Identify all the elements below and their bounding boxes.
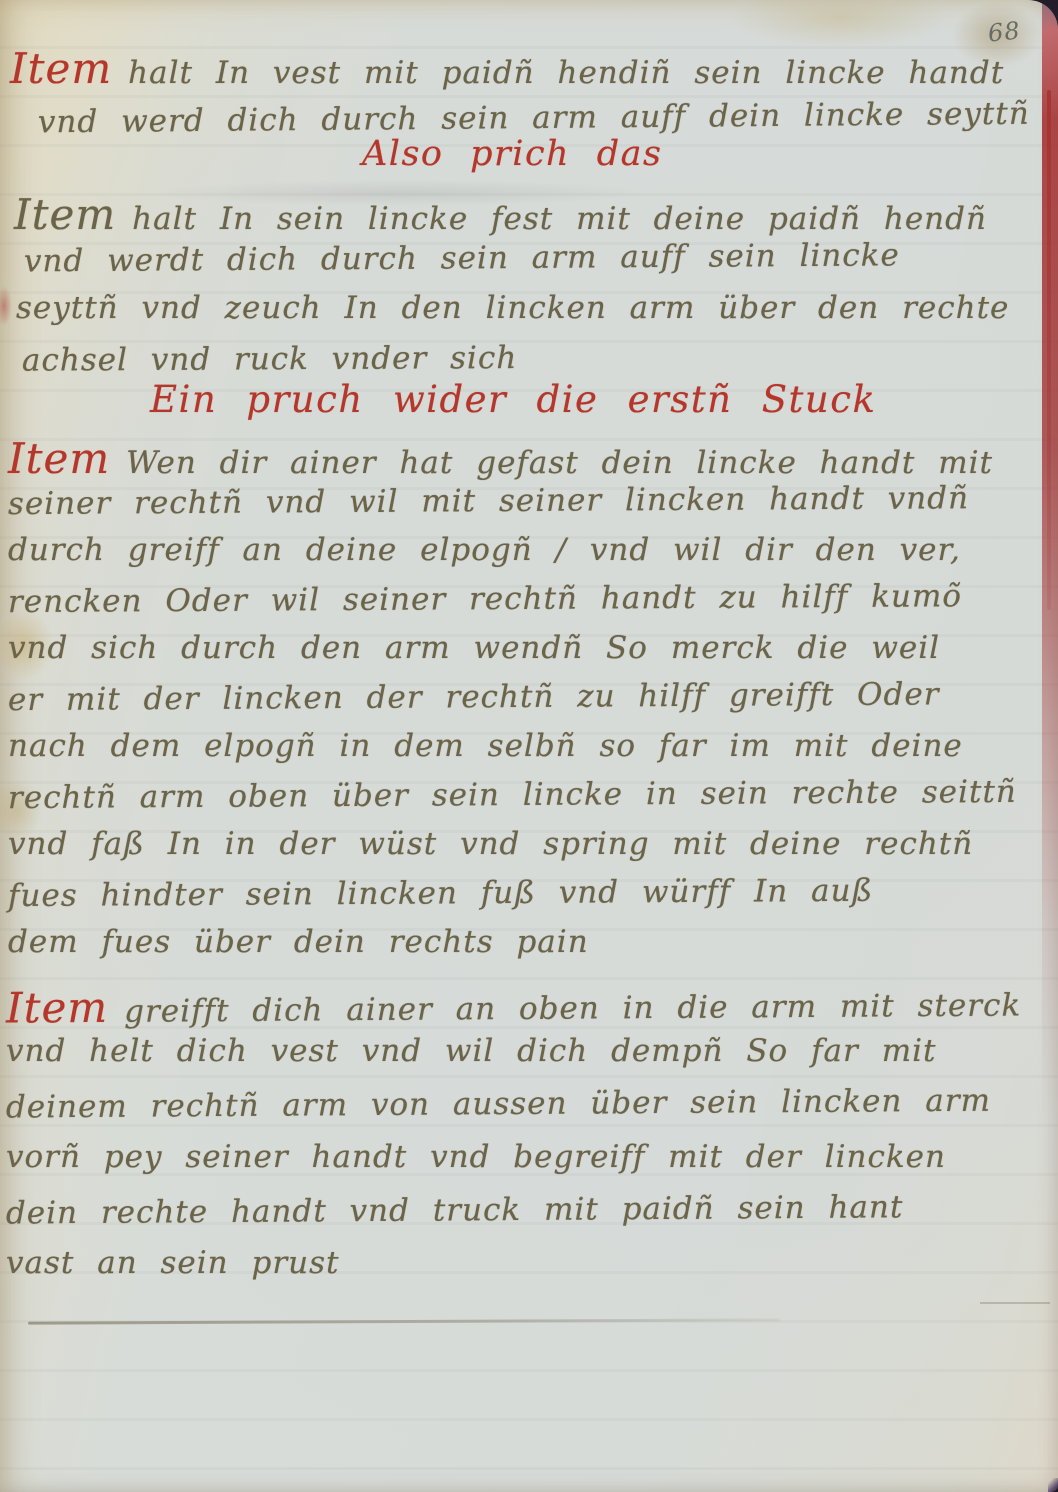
rubric-heading-2: Ein pruch wider die erstñ Stuck	[150, 378, 876, 421]
text-line: deinem rechtñ arm von aussen über sein l…	[6, 1082, 1022, 1142]
text-line: nach dem elpogñ in dem selbñ so far im m…	[8, 728, 1017, 777]
text-line: rencken Oder wil seiner rechtñ handt zu …	[8, 578, 1017, 633]
paragraph-initial: Item	[14, 190, 116, 239]
text-line: ItemWen dir ainer hat gefast dein lincke…	[8, 434, 1017, 483]
text-line: vnd faß In in der wüst vnd spring mit de…	[8, 826, 1017, 875]
text-line: vnd helt dich vest vnd wil dich dempñ So…	[6, 1033, 1021, 1086]
stain	[730, 0, 950, 48]
text-line: dein rechte handt vnd truck mit paidñ se…	[6, 1188, 1022, 1248]
paragraph-3: ItemWen dir ainer hat gefast dein lincke…	[8, 434, 1017, 973]
text-line: er mit der lincken der rechtñ zu hilff g…	[8, 676, 1017, 731]
paragraph-2: Itemhalt In sein lincke fest mit deine p…	[14, 190, 1009, 390]
text-line: fues hindter sein lincken fuß vnd würff …	[8, 872, 1017, 927]
text-line: vnd sich durch den arm wendñ So merck di…	[8, 630, 1017, 679]
binding-corner	[1048, 1478, 1058, 1492]
text-line: Itemhalt In sein lincke fest mit deine p…	[14, 190, 1009, 240]
text-span: greifft dich ainer an oben in die arm mi…	[124, 987, 1021, 1029]
ruled-margin-line	[980, 1302, 1050, 1304]
text-line: vnd werdt dich durch sein arm auff sein …	[24, 237, 1010, 294]
paragraph-4: Itemgreifft dich ainer an oben in die ar…	[6, 980, 1021, 1298]
rubric-heading-1: Also prich das	[362, 134, 662, 174]
folio-number: 68	[987, 16, 1022, 47]
text-line: Itemhalt In vest mit paidñ hendiñ sein l…	[10, 44, 1030, 100]
rubric-initial: Item	[8, 434, 110, 483]
text-span: Wen dir ainer hat gefast dein lincke han…	[126, 445, 993, 481]
rubric-initial: Item	[10, 44, 112, 93]
text-span: halt In sein lincke fest mit deine paidñ…	[132, 201, 987, 237]
text-line: seyttñ vnd zeuch In den lincken arm über…	[16, 290, 1009, 340]
text-span: halt In vest mit paidñ hendiñ sein linck…	[128, 55, 1004, 91]
text-line: rechtñ arm oben über sein lincke in sein…	[8, 774, 1017, 829]
rubric-initial: Item	[6, 983, 108, 1033]
text-line: dem fues über dein rechts pain	[8, 924, 1017, 973]
ruled-end-line	[28, 1318, 780, 1324]
text-line: seiner rechtñ vnd wil mit seiner lincken…	[8, 480, 1017, 535]
text-line: durch greiff an deine elpogñ / vnd wil d…	[8, 532, 1017, 581]
manuscript-page: 68 Itemhalt In vest mit paidñ hendiñ sei…	[0, 0, 1058, 1492]
text-line: vast an sein prust	[6, 1245, 1021, 1298]
text-line: Itemgreifft dich ainer an oben in die ar…	[6, 976, 1022, 1036]
text-line: vorñ pey seiner handt vnd begreiff mit d…	[6, 1139, 1021, 1192]
stain	[0, 286, 12, 326]
red-edge-line	[1047, 90, 1051, 610]
